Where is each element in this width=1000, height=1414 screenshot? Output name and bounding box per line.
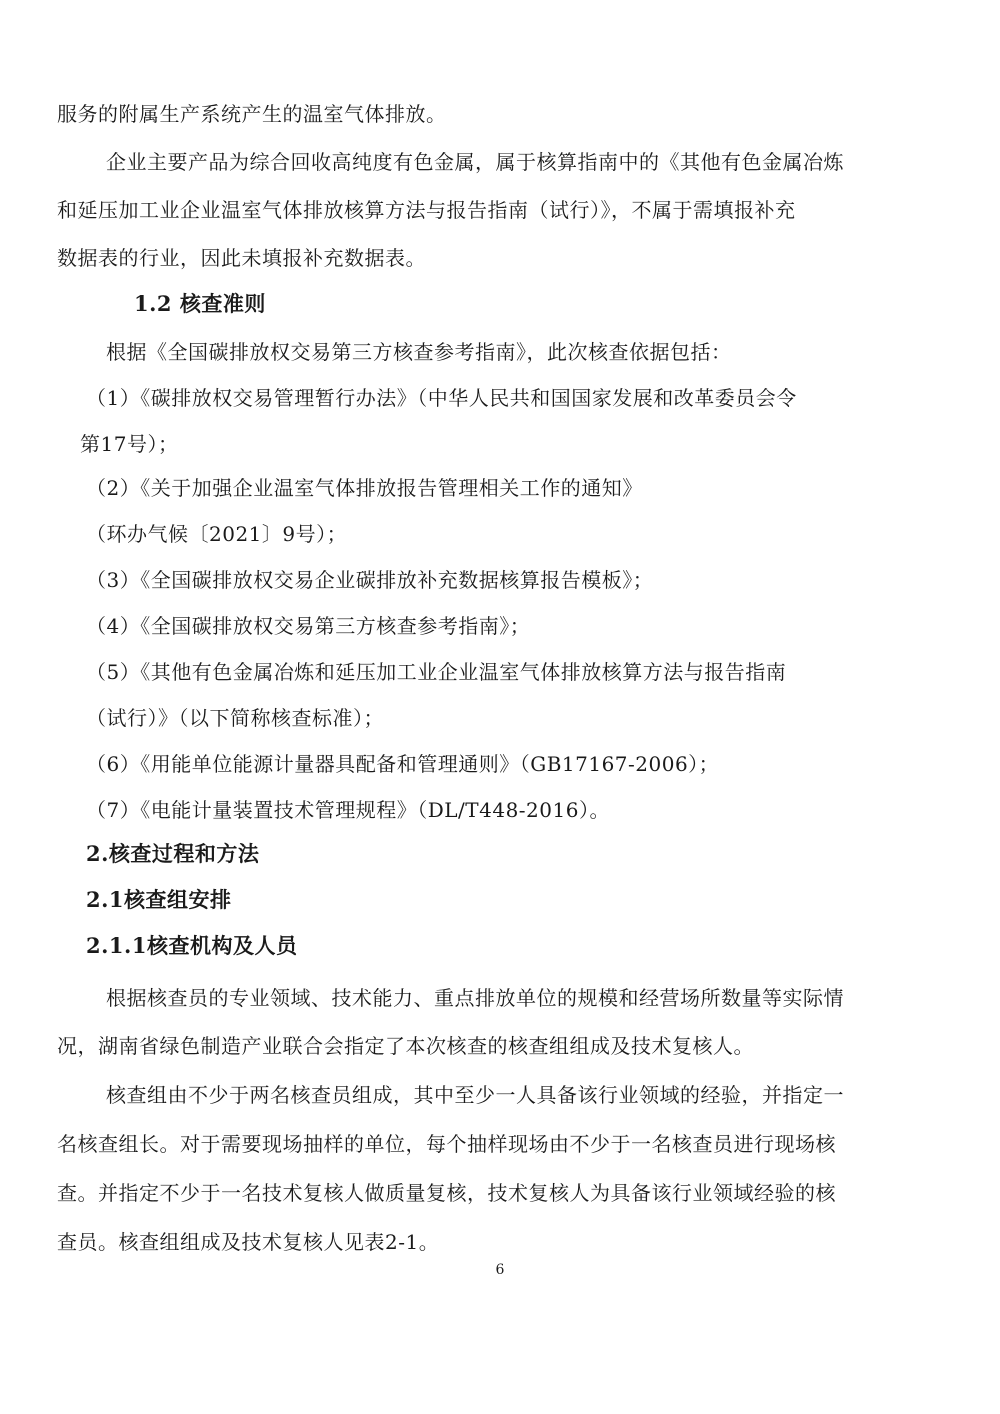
- section-heading-2-1: 2.1核查组安排: [86, 886, 232, 914]
- criteria-item-1: （1）《碳排放权交易管理暂行办法》（中华人民共和国国家发展和改革委员会令: [86, 384, 797, 412]
- paragraph-line: 服务的附属生产系统产生的温室气体排放。: [57, 100, 447, 128]
- criteria-item-2-cont: （环办气候〔2021〕9号）；: [86, 520, 347, 548]
- page-number: 6: [0, 1262, 1000, 1278]
- section-intro: 根据《全国碳排放权交易第三方核查参考指南》，此次核查依据包括：: [106, 338, 732, 366]
- paragraph-line: 根据核查员的专业领域、技术能力、重点排放单位的规模和经营场所数量等实际情: [106, 984, 844, 1012]
- section-heading-1-2: 1.2 核查准则: [134, 290, 266, 318]
- criteria-item-2: （2）《关于加强企业温室气体排放报告管理相关工作的通知》: [86, 474, 643, 502]
- section-heading-2: 2.核查过程和方法: [86, 840, 259, 868]
- document-page: 服务的附属生产系统产生的温室气体排放。 企业主要产品为综合回收高纯度有色金属，属…: [0, 0, 1000, 1414]
- paragraph-line: 核查组由不少于两名核查员组成，其中至少一人具备该行业领域的经验，并指定一: [106, 1081, 844, 1109]
- criteria-item-3: （3）《全国碳排放权交易企业碳排放补充数据核算报告模板》；: [86, 566, 653, 594]
- paragraph-line: 名核查组长。对于需要现场抽样的单位，每个抽样现场由不少于一名核查员进行现场核: [57, 1130, 836, 1158]
- section-heading-2-1-1: 2.1.1核查机构及人员: [86, 932, 297, 960]
- criteria-item-1-cont: 第17号）；: [80, 430, 178, 458]
- paragraph-line: 数据表的行业，因此未填报补充数据表。: [57, 244, 426, 272]
- criteria-item-6: （6）《用能单位能源计量器具配备和管理通则》（GB17167-2006）；: [86, 750, 719, 778]
- criteria-item-5-cont: （试行）》（以下简称核查标准）；: [86, 704, 384, 732]
- paragraph-line: 查。并指定不少于一名技术复核人做质量复核，技术复核人为具备该行业领域经验的核: [57, 1179, 836, 1207]
- criteria-item-5: （5）《其他有色金属冶炼和延压加工业企业温室气体排放核算方法与报告指南: [86, 658, 786, 686]
- paragraph-line: 和延压加工业企业温室气体排放核算方法与报告指南（试行）》，不属于需填报补充: [57, 196, 796, 224]
- criteria-item-7: （7）《电能计量装置技术管理规程》（DL/T448-2016）。: [86, 796, 610, 824]
- paragraph-line: 查员。核查组组成及技术复核人见表2-1。: [57, 1228, 439, 1256]
- criteria-item-4: （4）《全国碳排放权交易第三方核查参考指南》；: [86, 612, 530, 640]
- paragraph-line: 况，湖南省绿色制造产业联合会指定了本次核查的核查组组成及技术复核人。: [57, 1032, 754, 1060]
- paragraph-line: 企业主要产品为综合回收高纯度有色金属，属于核算指南中的《其他有色金属冶炼: [106, 148, 844, 176]
